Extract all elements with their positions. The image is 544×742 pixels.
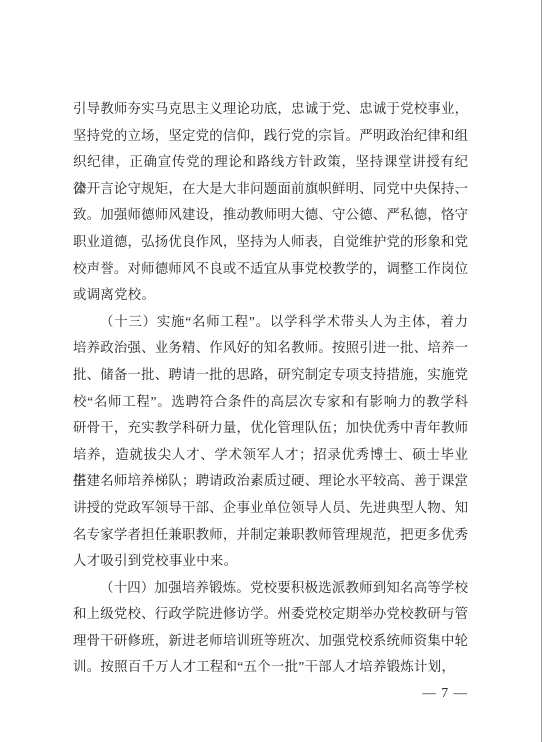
text-line: 批、储备一批、聘请一批的思路，研究制定专项支持措施，实施党 xyxy=(73,362,468,389)
text-line: 织纪律，正确宣传党的理论和路线方针政策，坚持课堂讲授有纪律、 xyxy=(73,149,468,176)
text-line: 研骨干，充实教学科研力量，优化管理队伍；加快优秀中青年教师 xyxy=(73,415,468,442)
text-line: 或调离党校。 xyxy=(73,282,468,309)
text-line: 职业道德，弘扬优良作风，坚持为人师表，自觉维护党的形象和党 xyxy=(73,229,468,256)
page-number: — 7 — xyxy=(423,683,469,703)
text-line: 人才吸引到党校事业中来。 xyxy=(73,548,468,575)
text-line: 培养政治强、业务精、作风好的知名教师。按照引进一批、培养一 xyxy=(73,335,468,362)
paragraph-start-line: （十三）实施“名师工程”。以学科学术带头人为主体，着力 xyxy=(73,309,468,336)
text-line: 引导教师夯实马克思主义理论功底，忠诚于党、忠诚于党校事业， xyxy=(73,96,468,123)
text-line: 校“名师工程”。选聘符合条件的高层次专家和有影响力的教学科 xyxy=(73,389,468,416)
text-line: 搭建名师培养梯队；聘请政治素质过硬、理论水平较高、善于课堂 xyxy=(73,468,468,495)
scan-edge-artifact xyxy=(541,0,542,742)
paragraph-start-line: （十四）加强培养锻炼。党校要积极选派教师到知名高等学校 xyxy=(73,575,468,602)
body-text: 引导教师夯实马克思主义理论功底，忠诚于党、忠诚于党校事业， 坚持党的立场，坚定党… xyxy=(73,96,468,681)
text-line: 致。加强师德师风建设，推动教师明大德、守公德、严私德，恪守 xyxy=(73,202,468,229)
text-line: 训。按照百千万人才工程和“五个一批”干部人才培养锻炼计划， xyxy=(73,654,468,681)
text-line: 名专家学者担任兼职教师，并制定兼职教师管理规范，把更多优秀 xyxy=(73,522,468,549)
text-line: 和上级党校、行政学院进修访学。州委党校定期举办党校教研与管 xyxy=(73,601,468,628)
document-page: 引导教师夯实马克思主义理论功底，忠诚于党、忠诚于党校事业， 坚持党的立场，坚定党… xyxy=(0,0,544,742)
text-line: 理骨干研修班，新进老师培训班等班次、加强党校系统师资集中轮 xyxy=(73,628,468,655)
text-line: 培养，造就拔尖人才、学术领军人才；招录优秀博士、硕士毕业生， xyxy=(73,442,468,469)
text-line: 校声誉。对师德师风不良或不适宜从事党校教学的，调整工作岗位 xyxy=(73,256,468,283)
text-line: 讲授的党政军领导干部、企事业单位领导人员、先进典型人物、知 xyxy=(73,495,468,522)
text-line: 坚持党的立场，坚定党的信仰，践行党的宗旨。严明政治纪律和组 xyxy=(73,123,468,150)
text-line: 公开言论守规矩，在大是大非问题面前旗帜鲜明、同党中央保持一 xyxy=(73,176,468,203)
